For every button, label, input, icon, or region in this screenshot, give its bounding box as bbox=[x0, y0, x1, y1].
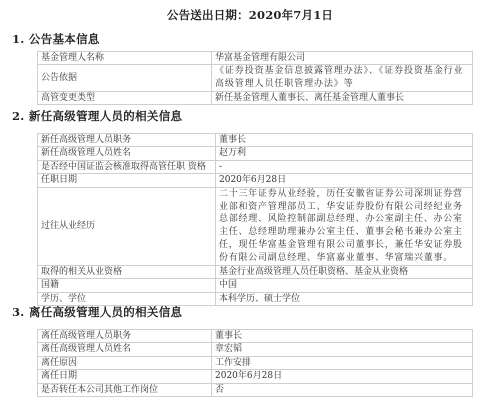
row-label: 公告依据 bbox=[38, 65, 212, 91]
row-value: 2020年6月28日 bbox=[216, 174, 473, 187]
row-label: 离任原因 bbox=[38, 356, 212, 369]
section-heading-departing-executive: 3. 离任高级管理人员的相关信息 bbox=[12, 304, 182, 320]
row-label: 取得的相关从业资格 bbox=[38, 266, 216, 279]
row-label: 离任高级管理人员姓名 bbox=[38, 343, 212, 356]
row-label: 离任高级管理人员职务 bbox=[38, 330, 212, 343]
row-value: 2020年6月28日 bbox=[212, 370, 473, 383]
table-row: 离任原因 工作安排 bbox=[38, 356, 473, 369]
row-value: 华富基金管理有限公司 bbox=[212, 52, 473, 65]
row-label: 新任高级管理人员姓名 bbox=[38, 147, 216, 160]
row-value: 赵万利 bbox=[216, 147, 473, 160]
row-value: 基金行业高级管理人员任职资格、基金从业资格 bbox=[216, 266, 473, 279]
departing-executive-table: 离任高级管理人员职务 董事长 离任高级管理人员姓名 章宏韬 离任原因 工作安排 … bbox=[37, 329, 473, 397]
row-value: 董事长 bbox=[216, 134, 473, 147]
row-value: 章宏韬 bbox=[212, 343, 473, 356]
table-row: 国籍 中国 bbox=[38, 279, 473, 292]
row-label: 过往从业经历 bbox=[38, 187, 216, 265]
row-value: - bbox=[216, 160, 473, 173]
table-row: 新任高级管理人员职务 董事长 bbox=[38, 134, 473, 147]
table-row: 离任日期 2020年6月28日 bbox=[38, 370, 473, 383]
table-row: 基金管理人名称 华富基金管理有限公司 bbox=[38, 52, 473, 65]
row-value: 董事长 bbox=[212, 330, 473, 343]
table-row: 是否经中国证监会核准取得高管任职 资格 - bbox=[38, 160, 473, 173]
row-label: 高管变更类型 bbox=[38, 91, 212, 104]
row-label: 任职日期 bbox=[38, 174, 216, 187]
table-row: 公告依据 《证券投资基金信息披露管理办法》、《证券投资基金行业高级管理人员任职管… bbox=[38, 65, 473, 91]
row-value: 本科学历、硕士学位 bbox=[216, 292, 473, 305]
section-heading-new-executive: 2. 新任高级管理人员的相关信息 bbox=[12, 108, 182, 124]
row-value: 否 bbox=[212, 383, 473, 396]
basic-info-table: 基金管理人名称 华富基金管理有限公司 公告依据 《证券投资基金信息披露管理办法》… bbox=[37, 51, 473, 105]
table-row: 新任高级管理人员姓名 赵万利 bbox=[38, 147, 473, 160]
table-row: 取得的相关从业资格 基金行业高级管理人员任职资格、基金从业资格 bbox=[38, 266, 473, 279]
row-label: 基金管理人名称 bbox=[38, 52, 212, 65]
row-value: 二十三年证券从业经验，历任安徽省证券公司深圳证券营业部和资产管理部员工、华安证券… bbox=[216, 187, 473, 265]
section-heading-basic-info: 1. 公告基本信息 bbox=[12, 31, 100, 47]
row-label: 离任日期 bbox=[38, 370, 212, 383]
row-label: 是否转任本公司其他工作岗位 bbox=[38, 383, 212, 396]
row-value: 新任基金管理人董事长、离任基金管理人董事长 bbox=[212, 91, 473, 104]
new-executive-table: 新任高级管理人员职务 董事长 新任高级管理人员姓名 赵万利 是否经中国证监会核准… bbox=[37, 133, 473, 306]
table-row: 任职日期 2020年6月28日 bbox=[38, 174, 473, 187]
row-label: 是否经中国证监会核准取得高管任职 资格 bbox=[38, 160, 216, 173]
table-row: 是否转任本公司其他工作岗位 否 bbox=[38, 383, 473, 396]
row-value: 《证券投资基金信息披露管理办法》、《证券投资基金行业高级管理人员任职管理办法》等 bbox=[212, 65, 473, 91]
announcement-date-title: 公告送出日期：2020年7月1日 bbox=[0, 7, 500, 23]
table-row: 离任高级管理人员姓名 章宏韬 bbox=[38, 343, 473, 356]
row-label: 新任高级管理人员职务 bbox=[38, 134, 216, 147]
row-label: 国籍 bbox=[38, 279, 216, 292]
table-row: 过往从业经历 二十三年证券从业经验，历任安徽省证券公司深圳证券营业部和资产管理部… bbox=[38, 187, 473, 265]
table-row: 高管变更类型 新任基金管理人董事长、离任基金管理人董事长 bbox=[38, 91, 473, 104]
table-row: 离任高级管理人员职务 董事长 bbox=[38, 330, 473, 343]
row-value: 工作安排 bbox=[212, 356, 473, 369]
row-value: 中国 bbox=[216, 279, 473, 292]
